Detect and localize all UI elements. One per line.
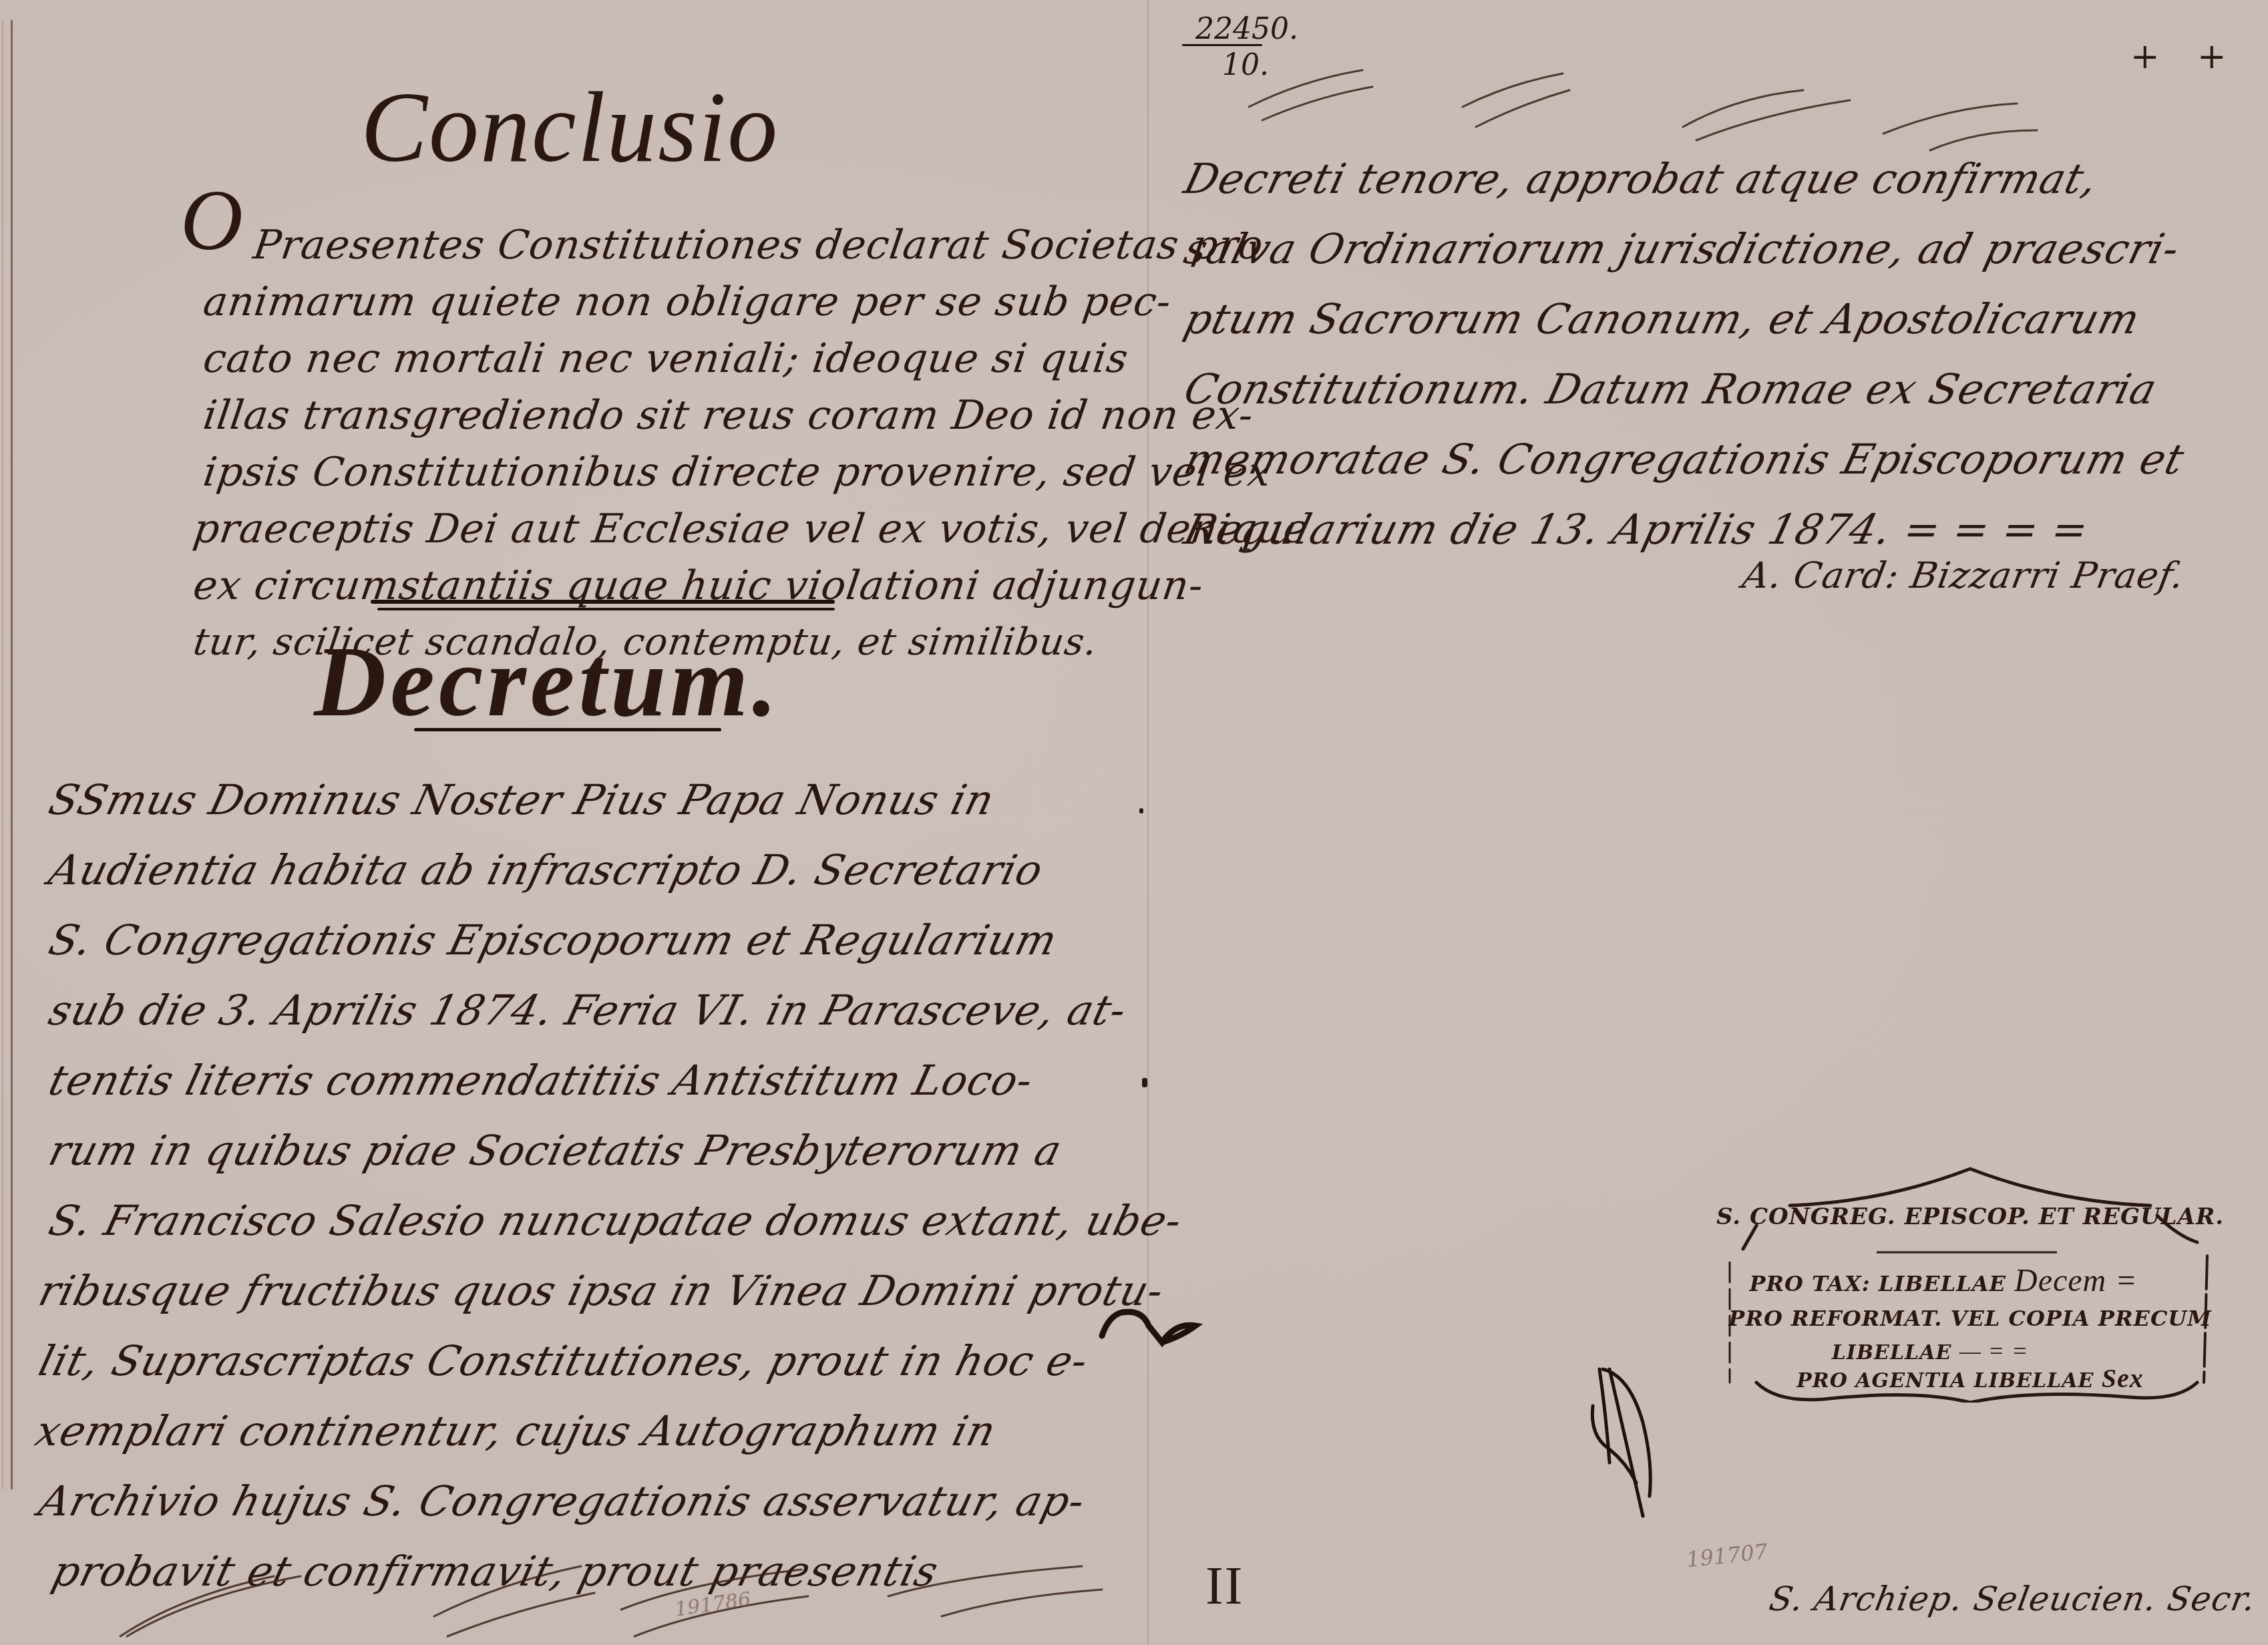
continuation-line: ptum Sacrorum Canonum, et Apostolicarum	[1176, 281, 2149, 358]
stamp-reform-line: PRO REFORMAT. VEL COPIA PRECUM	[1716, 1306, 2224, 1331]
continuation-line: memoratae S. Congregationis Episcoporum …	[1176, 421, 2193, 498]
decretum-line: Audientia habita ab infrascripto D. Secr…	[41, 832, 1052, 909]
decretum-line: ribusque fructibus quos ipsa in Vinea Do…	[31, 1252, 1173, 1330]
left-margin-rule	[11, 20, 13, 1489]
continuation-line: Constitutionum. Datum Romae ex Secretari…	[1176, 351, 2166, 428]
stamp-agentia-amount: Sex	[2102, 1363, 2144, 1393]
page-number: II	[1205, 1556, 1244, 1617]
tax-stamp: S. CONGREG. EPISCOP. ET REGULAR. PRO TAX…	[1716, 1162, 2224, 1403]
stamp-libellae-amount: — = =	[1959, 1338, 2029, 1364]
decretum-line: S. Congregationis Episcoporum et Regular…	[41, 902, 1066, 979]
folio-number: 22450.	[1195, 12, 1298, 46]
fold-mark	[1142, 1078, 1147, 1087]
stamp-header: S. CONGREG. EPISCOP. ET REGULAR.	[1716, 1204, 2224, 1230]
conclusio-heading: Conclusio	[361, 70, 779, 185]
decretum-line: SSmus Dominus Noster Pius Papa Nonus in	[41, 761, 1003, 839]
prefect-signature: A. Card: Bizzarri Praef.	[1739, 554, 2187, 596]
decretum-line: lit, Suprascriptas Constitutiones, prout…	[31, 1322, 1097, 1400]
continuation-line: Decreti tenore, approbat atque confirmat…	[1176, 140, 2107, 218]
fold-mark	[1139, 808, 1143, 813]
decretum-line: tentis literis commendatitiis Antistitum…	[41, 1042, 1043, 1119]
stamp-tax-label: PRO TAX: LIBELLAE	[1749, 1271, 2006, 1296]
conclusio-line: ipsis Constitutionibus directe provenire…	[200, 444, 1276, 500]
continuation-line: salva Ordinariorum jurisdictione, ad pra…	[1176, 210, 2189, 288]
decretum-line: sub die 3. Aprilis 1874. Feria VI. in Pa…	[41, 972, 1135, 1049]
heading-rule-top	[371, 600, 835, 604]
stamp-tax-amount: Decem =	[2014, 1263, 2138, 1298]
stamp-libellae-line: LIBELLAE — = =	[1676, 1337, 2184, 1365]
conclusio-line: animarum quiete non obligare per se sub …	[200, 274, 1175, 330]
conclusio-line: Praesentes Constitutiones declarat Socie…	[250, 217, 1267, 273]
conclusio-line: illas transgrediendo sit reus coram Deo …	[200, 387, 1257, 443]
conclusio-line: cato nec mortali nec veniali; ideoque si…	[200, 331, 1132, 387]
stamp-agentia-label: PRO AGENTIA LIBELLAE	[1797, 1369, 2094, 1393]
page-edge	[2, 20, 3, 1489]
secretary-signature: S. Archiep. Seleucien. Secr.	[1766, 1580, 2259, 1618]
conclusio-line: praeceptis Dei aut Ecclesiae vel ex voti…	[190, 501, 1312, 557]
conclusio-line: ex circumstantiis quae huic violationi a…	[190, 558, 1207, 614]
monogram-paraph-icon	[1589, 1362, 1663, 1525]
stamp-tax-line: PRO TAX: LIBELLAE Decem =	[1690, 1262, 2197, 1299]
flourish-strokes	[100, 1536, 1102, 1645]
stamp-agentia-line: PRO AGENTIA LIBELLAE Sex	[1716, 1362, 2224, 1394]
decretum-line: rum in quibus piae Societatis Presbytero…	[41, 1112, 1071, 1190]
decretum-heading: Decretum.	[314, 624, 781, 739]
folio-fraction-bar	[1182, 44, 1262, 46]
conclusio-drop-cap: O	[180, 170, 244, 270]
paraph-icon	[1095, 1289, 1202, 1365]
stamp-libellae-label: LIBELLAE	[1832, 1341, 1952, 1364]
heading-rule-bottom	[414, 728, 721, 731]
decretum-line: S. Francisco Salesio nuncupatae domus ex…	[41, 1182, 1191, 1260]
heading-rule-top-2	[377, 608, 835, 610]
decretum-line: Archivio hujus S. Congregationis asserva…	[31, 1463, 1094, 1540]
decretum-line: xemplari continentur, cujus Autographum …	[27, 1393, 1005, 1470]
